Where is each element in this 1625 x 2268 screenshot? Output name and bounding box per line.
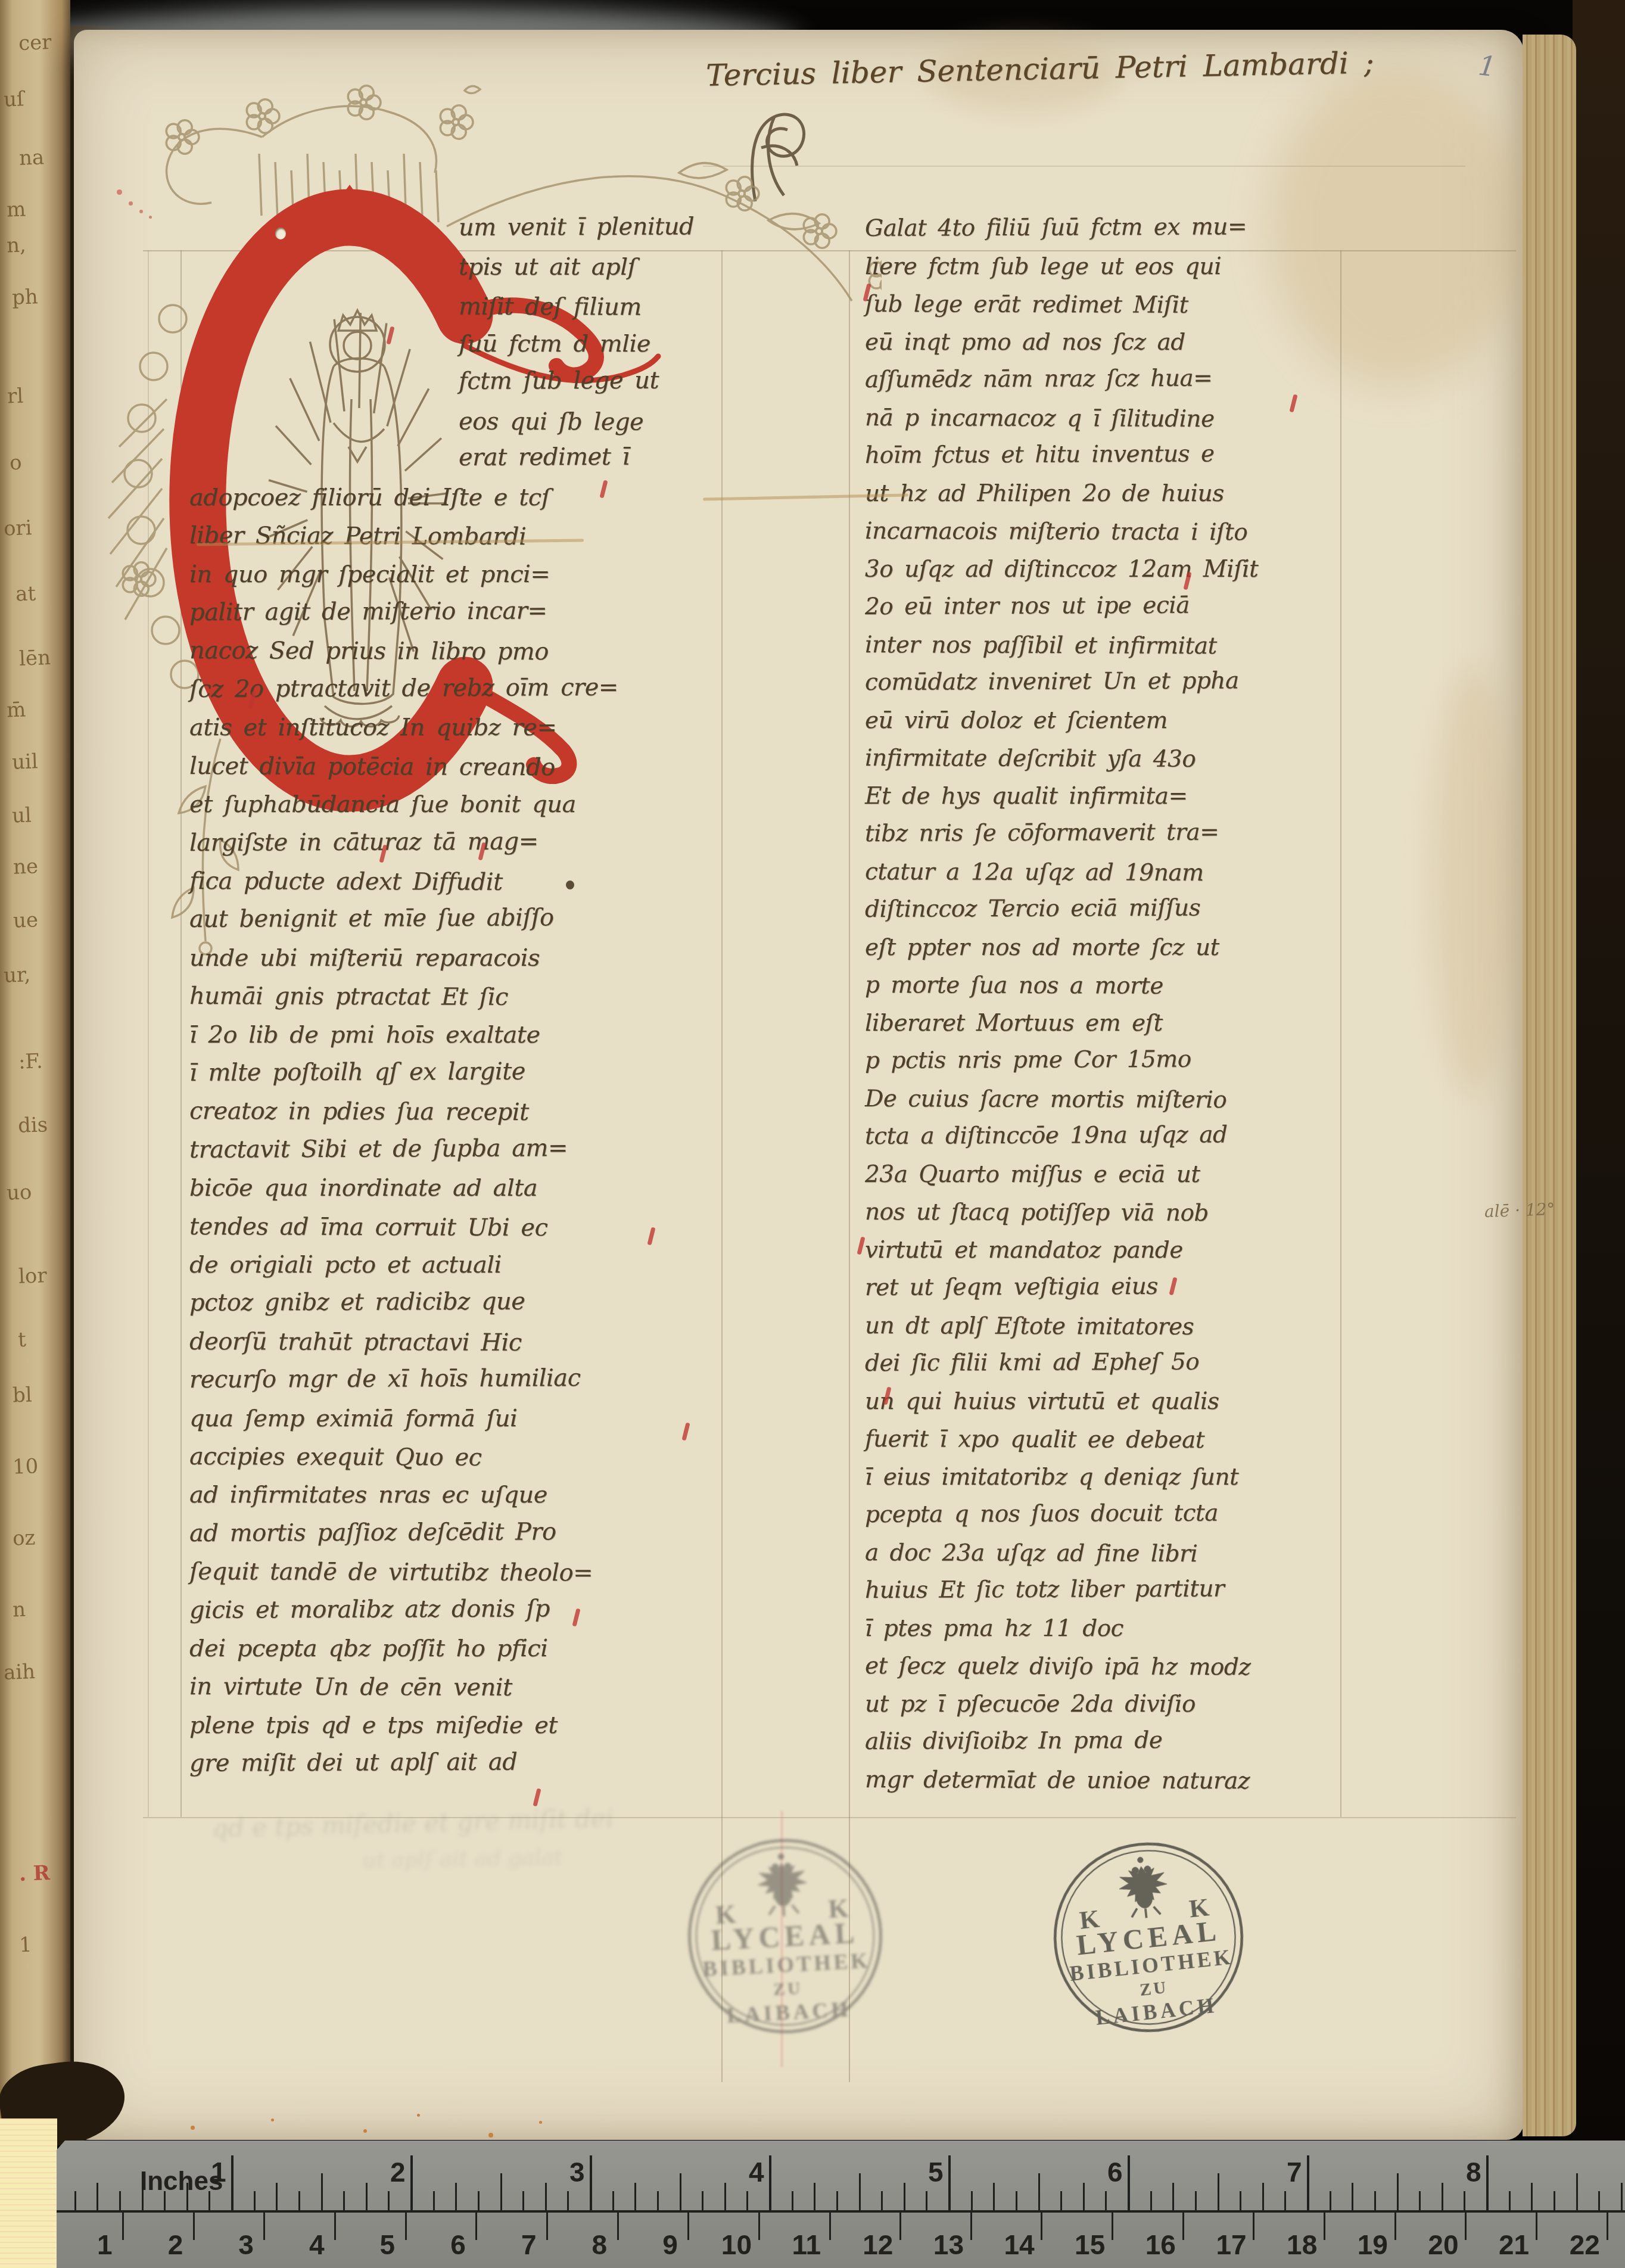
manuscript-line: nā p incarnacoz q ī ſilitudine xyxy=(865,399,1455,439)
inch-tick xyxy=(971,2191,973,2210)
cm-tick xyxy=(1182,2213,1184,2240)
inch-tick xyxy=(993,2183,995,2210)
manuscript-line: unde ubi miſteriū reparacois xyxy=(189,939,809,977)
manuscript-line: eos qui ſb lege xyxy=(189,402,809,442)
manuscript-line: ī eius imitatoribz q deniqz ſunt xyxy=(865,1458,1455,1497)
scanned-manuscript-photo: { "header": { "title": "Tercius liber Se… xyxy=(0,0,1625,2268)
manuscript-line: et ſuphabūdancia ſue bonit qua xyxy=(189,785,809,823)
inch-tick xyxy=(1038,2173,1040,2210)
manuscript-line: a doc 23a uſqz ad fine libri xyxy=(865,1534,1455,1574)
library-stamp-left: KKLYCEALBIBLIOTHEKZULAIBACH xyxy=(677,1828,893,2044)
inch-tick xyxy=(1240,2191,1241,2210)
inch-tick xyxy=(1397,2173,1399,2210)
inch-tick xyxy=(343,2191,345,2210)
inch-tick xyxy=(859,2173,861,2210)
svg-text:ZU: ZU xyxy=(1139,1978,1169,2000)
manuscript-line: aut benignit et mīe ſue abiſſo xyxy=(189,898,809,939)
manuscript-line: lucet divīa potēcia in creando xyxy=(189,747,809,788)
manuscript-line: p pctis nris pme Cor 15mo xyxy=(865,1040,1455,1080)
inch-tick xyxy=(702,2191,703,2210)
inch-tick xyxy=(590,2155,592,2210)
inch-number: 4 xyxy=(749,2156,764,2188)
manuscript-line: mgr determīat de unioe naturaz xyxy=(865,1761,1455,1801)
manuscript-line: ī 2o lib de pmi hoīs exaltate xyxy=(189,1016,809,1054)
cm-number: 10 xyxy=(721,2229,752,2261)
manuscript-line: gicis et moralibz atz donis ſp xyxy=(189,1588,809,1629)
crumb xyxy=(191,2126,195,2130)
manuscript-line: tractavit Sibi et de ſupba am= xyxy=(189,1128,809,1169)
inch-tick xyxy=(1330,2191,1331,2210)
spine-letter: aih xyxy=(3,1662,35,1683)
manuscript-line: ad mortis paſſioz deſcēdit Pro xyxy=(189,1511,809,1553)
inch-tick xyxy=(208,2191,210,2210)
red-paint-speck xyxy=(129,201,133,206)
spine-letter: t xyxy=(17,1330,26,1350)
cm-number: 16 xyxy=(1145,2229,1176,2261)
inch-tick xyxy=(1128,2155,1130,2210)
spine-letter: cer xyxy=(18,32,52,54)
inch-tick xyxy=(1284,2191,1286,2210)
double-eagle-icon xyxy=(1116,1855,1171,1920)
manuscript-line: aliis diviſioibz In pma de xyxy=(865,1721,1455,1761)
red-paint-speck xyxy=(117,189,122,195)
manuscript-line: liber Sñciaz Petri Lombardi xyxy=(189,517,809,557)
cm-tick xyxy=(1465,2213,1467,2240)
inch-tick xyxy=(74,2191,76,2210)
manuscript-line: ſuū fctm d mlie xyxy=(189,325,809,363)
manuscript-line: huius Et ſic totz liber partitur xyxy=(865,1569,1455,1610)
spine-letter: o xyxy=(9,453,22,474)
crumb xyxy=(488,2133,493,2138)
library-stamp-right: KKLYCEALBIBLIOTHEKZULAIBACH xyxy=(1038,1827,1258,2047)
inch-tick xyxy=(746,2191,748,2210)
manuscript-line: humāi gnis ptractat Et ſic xyxy=(189,977,809,1018)
cm-tick xyxy=(899,2213,901,2240)
cm-number: 11 xyxy=(792,2229,821,2261)
manuscript-line: largiſste in cāturaz tā mag= xyxy=(189,821,809,862)
ruler-divider-line xyxy=(57,2210,1625,2213)
cm-number: 7 xyxy=(521,2229,537,2261)
manuscript-line: dei ſic filii kmi ad Epheſ 5o xyxy=(865,1342,1455,1383)
cm-tick xyxy=(1041,2213,1042,2240)
cm-number: 19 xyxy=(1358,2229,1388,2261)
cm-tick xyxy=(1253,2213,1254,2240)
inch-tick xyxy=(1218,2173,1219,2210)
manuscript-line: miſit deſ filium xyxy=(189,287,809,327)
cm-tick xyxy=(1394,2213,1396,2240)
manuscript-line: palitr agit de miſterio incar= xyxy=(189,591,809,632)
manuscript-line: De cuius ſacre mortis miſterio xyxy=(865,1080,1455,1120)
inch-tick xyxy=(164,2191,166,2210)
manuscript-line: ſub lege erāt redimet Miſit xyxy=(865,285,1455,325)
cm-tick xyxy=(1536,2213,1537,2240)
inch-tick xyxy=(1531,2183,1533,2210)
inch-tick xyxy=(1464,2191,1465,2210)
spine-letter: n xyxy=(12,1600,26,1620)
inch-tick xyxy=(433,2191,435,2210)
measuring-ruler: Inches 123456781234567891011121314151617… xyxy=(57,2141,1625,2268)
spine-letter: n, xyxy=(6,235,26,256)
manuscript-line: in virtute Un de cēn venit xyxy=(189,1667,809,1708)
svg-text:LAIBACH: LAIBACH xyxy=(726,1998,852,2028)
spine-letter: uil xyxy=(11,751,38,773)
manuscript-line: Galat 4to filiū ſuū fctm ex mu= xyxy=(865,207,1455,248)
inch-tick xyxy=(1016,2191,1017,2210)
manuscript-line: tibz nris ſe cōformaverit tra= xyxy=(865,813,1455,853)
spine-letter: . R xyxy=(18,1863,50,1884)
inch-tick xyxy=(904,2183,905,2210)
cm-tick xyxy=(334,2213,336,2240)
left-text-column: um venit ī plenitudtpis ut ait aplſmiſit… xyxy=(189,210,809,1783)
crumb xyxy=(539,2121,542,2124)
spine-letter: dis xyxy=(17,1115,48,1136)
manuscript-line: virtutū et mandatoz pande xyxy=(865,1231,1455,1270)
cm-tick xyxy=(687,2213,689,2240)
inch-tick xyxy=(366,2183,368,2210)
manuscript-line: 3o uſqz ad diſtinccoz 12am Miſit xyxy=(865,550,1455,589)
manuscript-line: atis et inſtitucoz In quibz re= xyxy=(189,708,809,746)
svg-text:ZU: ZU xyxy=(773,1979,802,2000)
cm-number: 5 xyxy=(380,2229,396,2261)
manuscript-line: p morte ſua nos a morte xyxy=(865,966,1455,1006)
spine-letter: bl xyxy=(12,1385,32,1405)
ghost-text-line: ut aplſ ait ad galat xyxy=(362,1845,563,1873)
cm-number: 1 xyxy=(97,2229,113,2261)
inch-tick xyxy=(1621,2183,1623,2210)
inch-tick xyxy=(410,2155,413,2210)
manuscript-line: 2o eū inter nos ut ipe eciā xyxy=(865,586,1455,626)
manuscript-line: et ſecz quelz diviſo ipā hz modz xyxy=(865,1647,1455,1687)
cm-number: 20 xyxy=(1428,2229,1458,2261)
manuscript-line: dei pcepta qbz poſſit ho pfici xyxy=(189,1629,809,1667)
inch-tick xyxy=(1150,2191,1152,2210)
manuscript-line: comūdatz inveniret Un et ppha xyxy=(865,661,1455,702)
inch-number: 8 xyxy=(1466,2156,1481,2188)
scanner-bed-strip xyxy=(0,2118,57,2268)
manuscript-line: ut pz ī pſecucōe 2da diviſio xyxy=(865,1685,1455,1723)
cm-number: 22 xyxy=(1570,2229,1600,2261)
inch-number: 3 xyxy=(569,2156,585,2188)
spine-letter: ur, xyxy=(3,965,30,986)
spine-letter: 1 xyxy=(18,1935,32,1956)
inch-tick xyxy=(567,2191,569,2210)
manuscript-line: plene tpis qd e tps miſedie et xyxy=(189,1706,809,1744)
manuscript-line: tcta a diſtinccōe 19na uſqz ad xyxy=(865,1115,1455,1156)
manuscript-line: un dt aplſ Eſtote imitatores xyxy=(865,1307,1455,1347)
spine-letter: 10 xyxy=(12,1456,38,1477)
inch-tick xyxy=(634,2183,636,2210)
manuscript-line: eū inqt pmo ad nos ſcz ad xyxy=(865,323,1455,362)
manuscript-line: infirmitate deſcribit yſa 43o xyxy=(865,739,1455,779)
inch-tick xyxy=(1554,2191,1555,2210)
manuscript-line: ut hz ad Philipen 2o de huius xyxy=(865,475,1455,513)
inch-tick xyxy=(276,2183,278,2210)
manuscript-line: deorſū trahūt ptractavi Hic xyxy=(189,1323,809,1363)
inch-tick xyxy=(680,2173,681,2210)
inch-tick xyxy=(1352,2183,1353,2210)
cm-number: 8 xyxy=(592,2229,608,2261)
inch-tick xyxy=(522,2191,524,2210)
spine-letter: at xyxy=(15,583,36,604)
inch-number: 5 xyxy=(928,2156,944,2188)
cm-number: 15 xyxy=(1075,2229,1105,2261)
manuscript-line: tendes ad īma corruit Ubi ec xyxy=(189,1208,809,1248)
manuscript-line: fctm ſub lege ut xyxy=(189,360,809,402)
inch-tick xyxy=(478,2191,480,2210)
inch-tick xyxy=(926,2191,927,2210)
inch-tick xyxy=(1262,2183,1264,2210)
manuscript-line: eū virū doloz et ſcientem xyxy=(865,702,1455,740)
spine-letter: oz xyxy=(12,1527,36,1548)
inch-number: 1 xyxy=(211,2156,226,2188)
crumb xyxy=(417,2114,420,2117)
manuscript-line: pctoz gnibz et radicibz que xyxy=(189,1281,809,1323)
cm-tick xyxy=(829,2213,831,2240)
inch-tick xyxy=(724,2183,726,2210)
spine-fragment-strip: ceruſnamn,phrlooriatlēnm̄uilulneueur,:F.… xyxy=(0,0,70,2127)
manuscript-line: in quo mgr ſpecialit et pnci= xyxy=(189,555,809,593)
spine-letter: ph xyxy=(11,287,38,308)
manuscript-line: recurſo mgr de xī hoīs humiliac xyxy=(189,1358,809,1399)
inch-tick xyxy=(612,2191,614,2210)
cm-number: 3 xyxy=(238,2229,254,2261)
cm-tick xyxy=(617,2213,619,2240)
manuscript-line: inter nos paſſibil et infirmitat xyxy=(865,626,1455,666)
manuscript-line: erat redimet ī xyxy=(189,437,809,478)
book-edge-shadow xyxy=(1573,0,1625,2157)
manuscript-line: ſequit tandē de virtutibz theolo= xyxy=(189,1553,809,1593)
spine-letter: m̄ xyxy=(6,699,26,720)
manuscript-line: eſt ppter nos ad morte ſcz ut xyxy=(865,929,1455,967)
inch-tick xyxy=(814,2183,815,2210)
spine-letter: lor xyxy=(18,1265,47,1287)
crumb xyxy=(363,2129,367,2133)
inch-tick xyxy=(545,2183,547,2210)
inch-tick xyxy=(231,2155,234,2210)
cm-tick xyxy=(193,2213,195,2240)
manuscript-line: accipies exequit Quo ec xyxy=(189,1438,809,1478)
crumb xyxy=(271,2118,274,2121)
cm-number: 21 xyxy=(1499,2229,1529,2261)
manuscript-line: Et de hys qualit infirmita= xyxy=(865,777,1455,816)
manuscript-line: ī mlte poſtoilh qſ ex largite xyxy=(189,1051,809,1092)
manuscript-line: tpis ut ait aplſ xyxy=(189,248,809,286)
spine-letter: ori xyxy=(3,518,32,539)
inch-tick xyxy=(1576,2173,1578,2210)
page-fore-edge xyxy=(1523,35,1576,2136)
cm-tick xyxy=(546,2213,548,2240)
manuscript-line: fuerit ī xpo qualit ee debeat xyxy=(865,1420,1455,1460)
spine-letter: ue xyxy=(13,910,38,931)
manuscript-line: nos ut ſtacq potiſſep viā nob xyxy=(865,1193,1455,1233)
inch-tick xyxy=(142,2173,144,2210)
cm-tick xyxy=(475,2213,477,2240)
spine-letter: na xyxy=(18,147,44,168)
cm-number: 14 xyxy=(1004,2229,1034,2261)
manuscript-line: bicōe qua inordinate ad alta xyxy=(189,1169,809,1207)
manuscript-line: 23a Quarto miſſus e eciā ut xyxy=(865,1156,1455,1194)
inch-tick xyxy=(1105,2191,1107,2210)
manuscript-line: ret ut ſeqm veſtigia eius xyxy=(865,1267,1455,1307)
manuscript-line: nacoz Sed prius in libro pmo xyxy=(189,631,809,672)
manuscript-line: liere fctm ſub lege ut eos qui xyxy=(865,248,1455,286)
red-paint-speck xyxy=(149,216,152,219)
spine-letter: ul xyxy=(11,805,32,826)
manuscript-line: ctatur a 12a uſqz ad 19nam xyxy=(865,853,1455,893)
cm-tick xyxy=(405,2213,407,2240)
inch-tick xyxy=(1598,2191,1600,2210)
marginal-annotation: alē · 12° xyxy=(1484,1201,1555,1220)
spine-letter: uo xyxy=(6,1182,32,1203)
inch-tick xyxy=(769,2155,771,2210)
cm-tick xyxy=(758,2213,760,2240)
cm-number: 4 xyxy=(309,2229,325,2261)
manuscript-line: qua ſemp eximiā formā ſui xyxy=(189,1399,809,1438)
spine-letter: rl xyxy=(7,386,23,407)
manuscript-line: fica pducte adext Diffudit xyxy=(189,862,809,903)
inch-tick xyxy=(119,2191,121,2210)
manuscript-line: diſtinccoz Tercio eciā miſſus xyxy=(865,888,1455,929)
inch-tick xyxy=(657,2191,659,2210)
inch-tick xyxy=(1374,2191,1376,2210)
manuscript-line: ſcz 2o ptractavit de rebz oīm cre= xyxy=(189,667,809,708)
inch-tick xyxy=(96,2183,98,2210)
manuscript-line: un qui huius virtutū et qualis xyxy=(865,1383,1455,1421)
manuscript-line: gre miſit dei ut aplſ ait ad xyxy=(189,1742,809,1783)
spine-letter: ne xyxy=(13,856,38,877)
spine-letter: uſ xyxy=(3,89,24,110)
inch-tick xyxy=(836,2191,838,2210)
spine-letter: :F. xyxy=(18,1051,43,1072)
manuscript-line: ī ptes pma hz 11 doc xyxy=(865,1610,1455,1648)
cm-tick xyxy=(1324,2213,1325,2240)
inch-tick xyxy=(1172,2183,1174,2210)
cm-tick xyxy=(970,2213,972,2240)
inch-tick xyxy=(792,2191,793,2210)
cm-number: 12 xyxy=(863,2229,893,2261)
manuscript-line: creatoz in pdies ſua recepit xyxy=(189,1092,809,1133)
cm-tick xyxy=(122,2213,124,2240)
inch-tick xyxy=(881,2191,883,2210)
inch-tick xyxy=(1060,2191,1062,2210)
cm-number: 9 xyxy=(662,2229,678,2261)
inch-number: 7 xyxy=(1287,2156,1302,2188)
inch-tick xyxy=(388,2191,390,2210)
spine-letter: lēn xyxy=(18,648,51,669)
cm-tick xyxy=(1607,2213,1608,2240)
folio-number-pencil: 1 xyxy=(1477,51,1498,80)
manuscript-line: de origiali pcto et actuali xyxy=(189,1246,809,1284)
manuscript-line: um venit ī plenitud xyxy=(189,207,809,248)
inch-tick xyxy=(1083,2183,1085,2210)
inch-tick xyxy=(1442,2183,1443,2210)
cm-number: 6 xyxy=(450,2229,466,2261)
manuscript-line: liberaret Mortuus em eſt xyxy=(865,1004,1455,1043)
inch-tick xyxy=(321,2173,323,2210)
manuscript-line: incarnacois miſterio tracta i iſto xyxy=(865,512,1455,552)
inch-tick xyxy=(254,2191,256,2210)
inch-tick xyxy=(948,2155,951,2210)
inch-tick xyxy=(298,2191,300,2210)
inch-tick xyxy=(186,2183,188,2210)
manuscript-line: aſſumēdz nām nraz ſcz hua= xyxy=(865,359,1455,399)
inch-number: 2 xyxy=(390,2156,406,2188)
cm-tick xyxy=(263,2213,265,2240)
double-eagle-icon xyxy=(757,1852,809,1917)
cm-number: 2 xyxy=(168,2229,183,2261)
inch-tick xyxy=(1419,2191,1421,2210)
red-paint-speck xyxy=(139,210,143,213)
inch-number: 6 xyxy=(1107,2156,1123,2188)
inch-tick xyxy=(455,2183,457,2210)
spine-letter: m xyxy=(6,199,26,220)
cm-tick xyxy=(1112,2213,1113,2240)
manuscript-line: ad infirmitates nras ec uſque xyxy=(189,1476,809,1514)
manuscript-line: pcepta q nos ſuos docuit tcta xyxy=(865,1494,1455,1534)
right-text-column: Galat 4to filiū ſuū fctm ex mu=liere fct… xyxy=(865,210,1455,1799)
inch-tick xyxy=(1307,2155,1309,2210)
inch-tick xyxy=(1509,2191,1511,2210)
inch-tick xyxy=(1486,2155,1489,2210)
cm-number: 17 xyxy=(1216,2229,1246,2261)
cm-number: 13 xyxy=(933,2229,964,2261)
cm-number: 18 xyxy=(1287,2229,1317,2261)
inch-tick xyxy=(1195,2191,1197,2210)
manuscript-line: hoīm fctus et hitu inventus e xyxy=(865,434,1455,475)
inch-tick xyxy=(500,2173,502,2210)
